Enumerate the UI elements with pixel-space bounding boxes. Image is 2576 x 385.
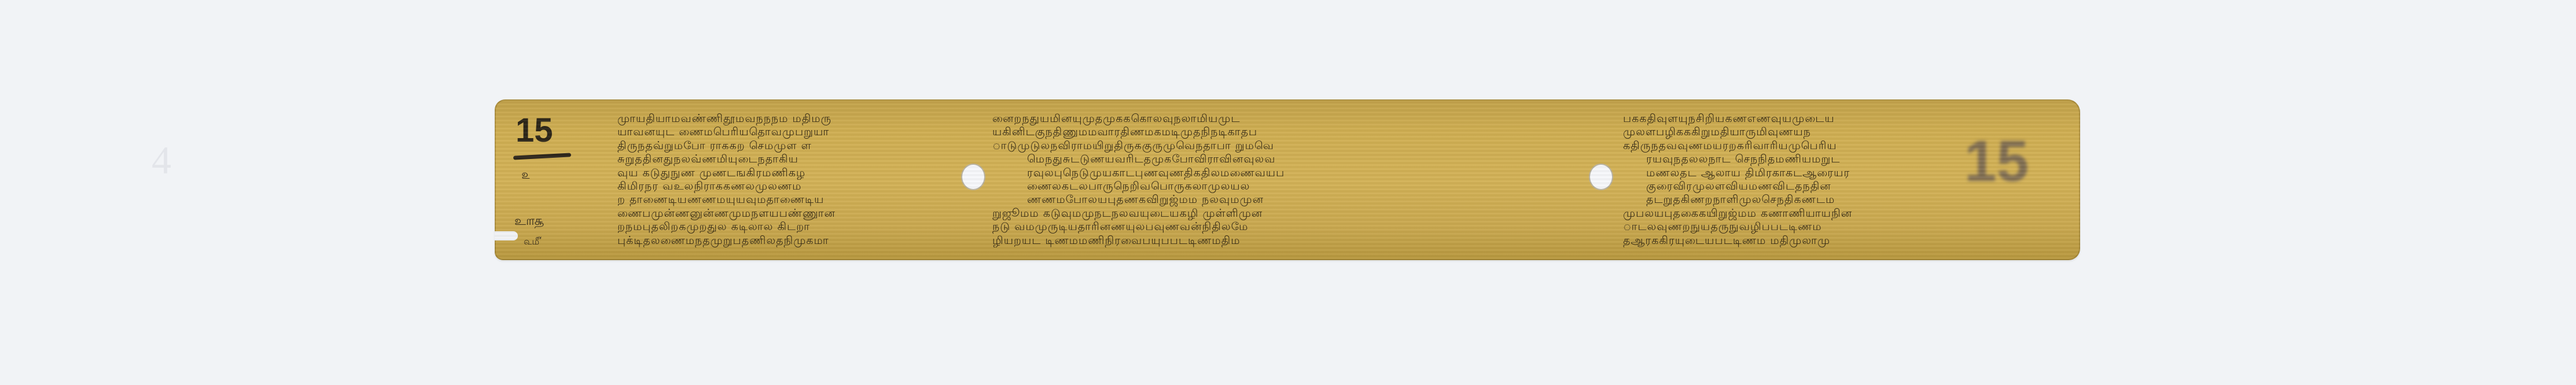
text-line: யாவனயுட ணைமபெரியதொவமுபறுயா <box>617 125 959 139</box>
text-line: திருநதவ்றுமபோ ராககற செமமுள ள <box>617 139 959 153</box>
text-line: ழியறயட டிணமமணிநிரவைபயுபபடடிணமதிம <box>992 234 1583 247</box>
text-line: முாயதியாமவண்ணிதூமவநநநம மதிமரு <box>617 112 959 125</box>
text-line: புக்டிதலணைமநதமுறுபதணிலதநிமுகமா <box>617 234 959 247</box>
text-line: யகினிடகுநதிணுமமவாரதிணமகமடிமுதநிநடிகாதப <box>992 125 1583 139</box>
margin-note: உ௱௲ <box>514 214 544 230</box>
text-line: மெநதுசுடடுணயவரிடதமுகபோவிராவினவுலவ <box>992 153 1583 166</box>
text-line: கதிருநதவவுணமயரறகரிவாரியமுபெரிய <box>1623 139 1912 153</box>
right-margin-mark: 15 <box>1964 128 2029 195</box>
text-line: நடு வமமுருடியதாரினணயுலபவுணவன்நிதிலமே <box>992 220 1583 234</box>
text-line: ணைலகடலபாருநெறிவபொருகலாமுலயல <box>992 180 1583 193</box>
text-line: குரைவிரமுலளவியமணவிடதநதின <box>1623 180 1912 193</box>
text-line: ரவுலபுநெடுமுயகாடபுணவுணதிகதிலமணைவயப <box>992 166 1583 180</box>
text-line: னைறநதுயமினயுமுதமுகககொலவுநலாமியமுட <box>992 112 1583 125</box>
text-column-middle: னைறநதுயமினயுமுதமுகககொலவுநலாமியமுட யகினிட… <box>992 112 1583 247</box>
text-line: வுய கடுதுநுண முணடஙகிரமணிகழ <box>617 166 959 180</box>
page-number-mark: 4 <box>152 138 171 183</box>
text-line: மணலதட ஆலாய திமிரகாகடஆரையர <box>1623 166 1912 180</box>
text-line: ரயவுநதலலநாட செநநிதமணியமறுட <box>1623 153 1912 166</box>
palm-leaf-manuscript: 15 ௨ உ௱௲ ௳௴ முாயதியாமவண்ணிதூமவநநநம மதிமர… <box>495 99 2080 260</box>
text-line: முலளபழிகககிறுமதியாருமிவுணயந <box>1623 125 1912 139</box>
binding-hole <box>961 164 985 190</box>
broken-leaf-edge <box>495 231 518 240</box>
text-line: றநமபுதலிறகமுறதுல கடிலால கிடறா <box>617 220 959 234</box>
text-line: முபலயபுதகைகயிறுஜ்மம கணாணியாயநின <box>1623 207 1912 220</box>
text-column-right: பககதிவுளயுநசிறியகணஎணவுயமுடைய முலளபழிகககி… <box>1623 112 1912 247</box>
leaf-number-underline <box>513 153 571 160</box>
text-line: தஆரககிரயுடையபடடிணம மதிமுலாமு <box>1623 234 1912 247</box>
text-line: கிமிரநர வஉலநிராககணலமுலணம <box>617 180 959 193</box>
leaf-number: 15 <box>516 111 553 150</box>
text-column-left: முாயதியாமவண்ணிதூமவநநநம மதிமரு யாவனயுட ணை… <box>617 112 959 247</box>
text-line: ாடுமுடுலநவிராமயிறுதிருககுருமுவெநதாபா றும… <box>992 139 1583 153</box>
text-line: ாடலவுணறநுயதருநுவழிபபடடிணம <box>1623 220 1912 234</box>
binding-hole <box>1589 164 1613 190</box>
text-line: பககதிவுளயுநசிறியகணஎணவுயமுடைய <box>1623 112 1912 125</box>
text-line: ணணமபோலயபுதணகவிறுஜ்மம நலவுமமுன <box>992 193 1583 206</box>
text-line: தடறுதகிணறநாளிமுலசெநதிகணடம <box>1623 193 1912 206</box>
text-line: ணைபமுன்ணனுன்ணமுமநளயபண்ணுான <box>617 207 959 220</box>
margin-note: ௳௴ <box>524 236 542 248</box>
text-line: றுஜூமம கடுவுமமுநடநலவயுடையகழி முள்ளிமுன <box>992 207 1583 220</box>
margin-note: ௨ <box>521 168 531 184</box>
text-line: ற தாணைடியணணமயுயவுமதாணைடிய <box>617 193 959 206</box>
text-line: சுறுததினதுநலவ்ணமியுடைநதாகிய <box>617 153 959 166</box>
